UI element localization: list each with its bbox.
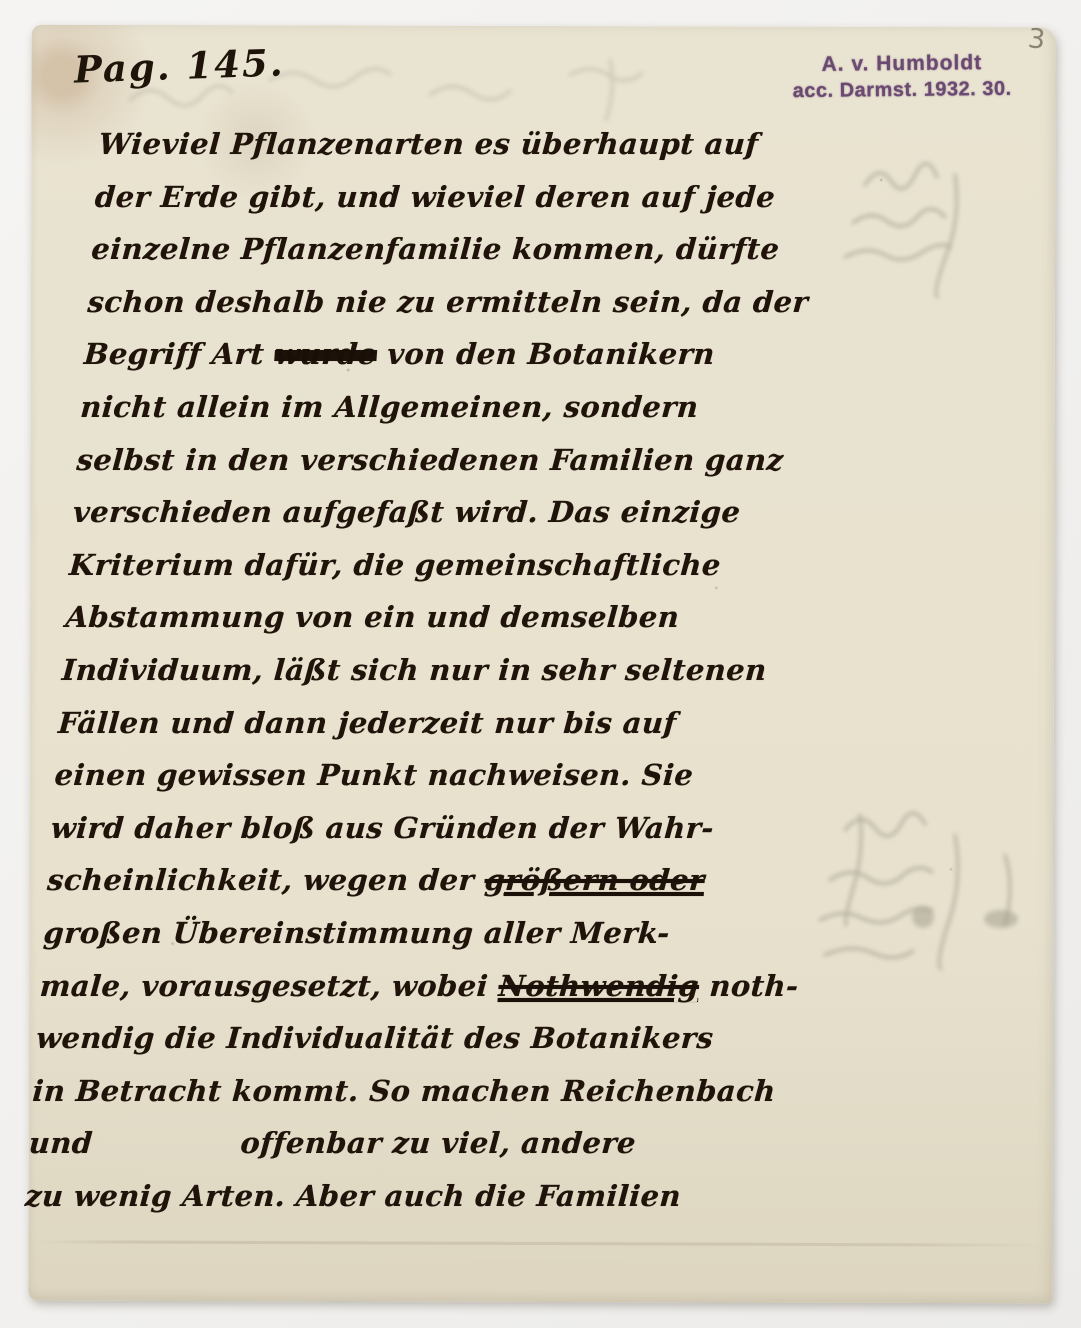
handwriting-text: großen Übereinstimmung aller Merk- — [42, 916, 670, 950]
manuscript-line: Abstammung von ein und demselben — [64, 591, 784, 644]
manuscript-text: Wieviel Pflanzenarten es überhaupt aufde… — [23, 118, 816, 1222]
manuscript-line: zu wenig Arten. Aber auch die Familien — [23, 1170, 743, 1223]
struck-through-text: wurde — [274, 337, 378, 371]
handwriting-text: einzelne Pflanzenfamilie kommen, dürfte — [90, 232, 780, 266]
struck-through-text: größern oder — [483, 863, 705, 897]
handwriting-text: von den Botanikern — [376, 337, 716, 371]
manuscript-line: male, vorausgesetzt, wobei Nothwendig no… — [38, 960, 758, 1013]
handwriting-text: Kriterium dafür, die gemeinschaftliche — [68, 548, 722, 582]
handwriting-text: Wieviel Pflanzenarten es überhaupt auf — [98, 127, 760, 161]
manuscript-line: großen Übereinstimmung aller Merk- — [42, 907, 762, 960]
manuscript-line: wird daher bloß aus Gründen der Wahr- — [49, 802, 769, 855]
manuscript-line: Kriterium dafür, die gemeinschaftliche — [68, 539, 788, 592]
handwriting-text: selbst in den verschiedenen Familien gan… — [76, 443, 785, 477]
manuscript-line: Individuum, läßt sich nur in sehr selten… — [60, 644, 780, 697]
manuscript-line: undoffenbar zu viel, andere — [27, 1117, 747, 1170]
page-number-label: Pag. 145. — [73, 44, 285, 88]
handwriting-text: noth- — [698, 969, 800, 1003]
handwriting-text: offenbar zu viel, andere — [239, 1126, 637, 1160]
handwriting-text: schon deshalb nie zu ermitteln sein, da … — [87, 285, 810, 319]
handwriting-text: wendig die Individualität des Botanikers — [35, 1021, 715, 1055]
handwriting-text: nicht allein im Allgemeinen, sondern — [79, 390, 699, 424]
handwriting-text: Individuum, läßt sich nur in sehr selten… — [61, 653, 768, 687]
manuscript-line: Fällen und dann jederzeit nur bis auf — [56, 697, 776, 750]
manuscript-line: selbst in den verschiedenen Familien gan… — [75, 434, 795, 487]
stamp-owner-line: A. v. Humboldt — [782, 51, 1022, 78]
handwriting-text: wird daher bloß aus Gründen der Wahr- — [50, 811, 715, 845]
handwriting-text: der Erde gibt, und wieviel deren auf jed… — [94, 180, 776, 214]
folio-number-pencil: 3 — [1027, 25, 1047, 54]
manuscript-line: scheinlichkeit, wegen der größern oder — [45, 854, 765, 907]
manuscript-line: nicht allein im Allgemeinen, sondern — [79, 381, 799, 434]
handwriting-text: verschieden aufgefaßt wird. Das einzige — [72, 495, 742, 529]
handwriting-text: male, vorausgesetzt, wobei — [39, 969, 500, 1003]
manuscript-line: Begriff Art wurde von den Botanikern — [82, 328, 802, 381]
handwriting-text: Begriff Art — [83, 337, 276, 371]
handwriting-text: Abstammung von ein und demselben — [65, 600, 681, 634]
manuscript-line: einzelne Pflanzenfamilie kommen, dürfte — [90, 223, 810, 276]
handwriting-text: zu wenig Arten. Aber auch die Familien — [24, 1179, 682, 1213]
manuscript-line: der Erde gibt, und wieviel deren auf jed… — [93, 171, 813, 224]
manuscript-line: verschieden aufgefaßt wird. Das einzige — [71, 486, 791, 539]
manuscript-line: schon deshalb nie zu ermitteln sein, da … — [86, 276, 806, 329]
handwriting-text: und — [28, 1126, 94, 1160]
manuscript-line: in Betracht kommt. So machen Reichenbach — [31, 1065, 751, 1118]
manuscript-line: einen gewissen Punkt nachweisen. Sie — [53, 749, 773, 802]
struck-through-text: Nothwendig — [497, 969, 700, 1003]
manuscript-line: wendig die Individualität des Botanikers — [34, 1012, 754, 1065]
accession-stamp: A. v. Humboldt acc. Darmst. 1932. 30. — [782, 51, 1023, 104]
manuscript-line: Wieviel Pflanzenarten es überhaupt auf — [97, 118, 817, 171]
stamp-accession-line: acc. Darmst. 1932. 30. — [782, 78, 1022, 104]
scanned-manuscript-page: { "document": { "page_label": "Pag. 145.… — [0, 0, 1081, 1328]
handwriting-text: scheinlichkeit, wegen der — [46, 863, 486, 897]
handwriting-text: in Betracht kommt. So machen Reichenbach — [31, 1074, 777, 1108]
handwriting-text: einen gewissen Punkt nachweisen. Sie — [53, 758, 694, 792]
handwriting-text: Fällen und dann jederzeit nur bis auf — [57, 706, 678, 740]
